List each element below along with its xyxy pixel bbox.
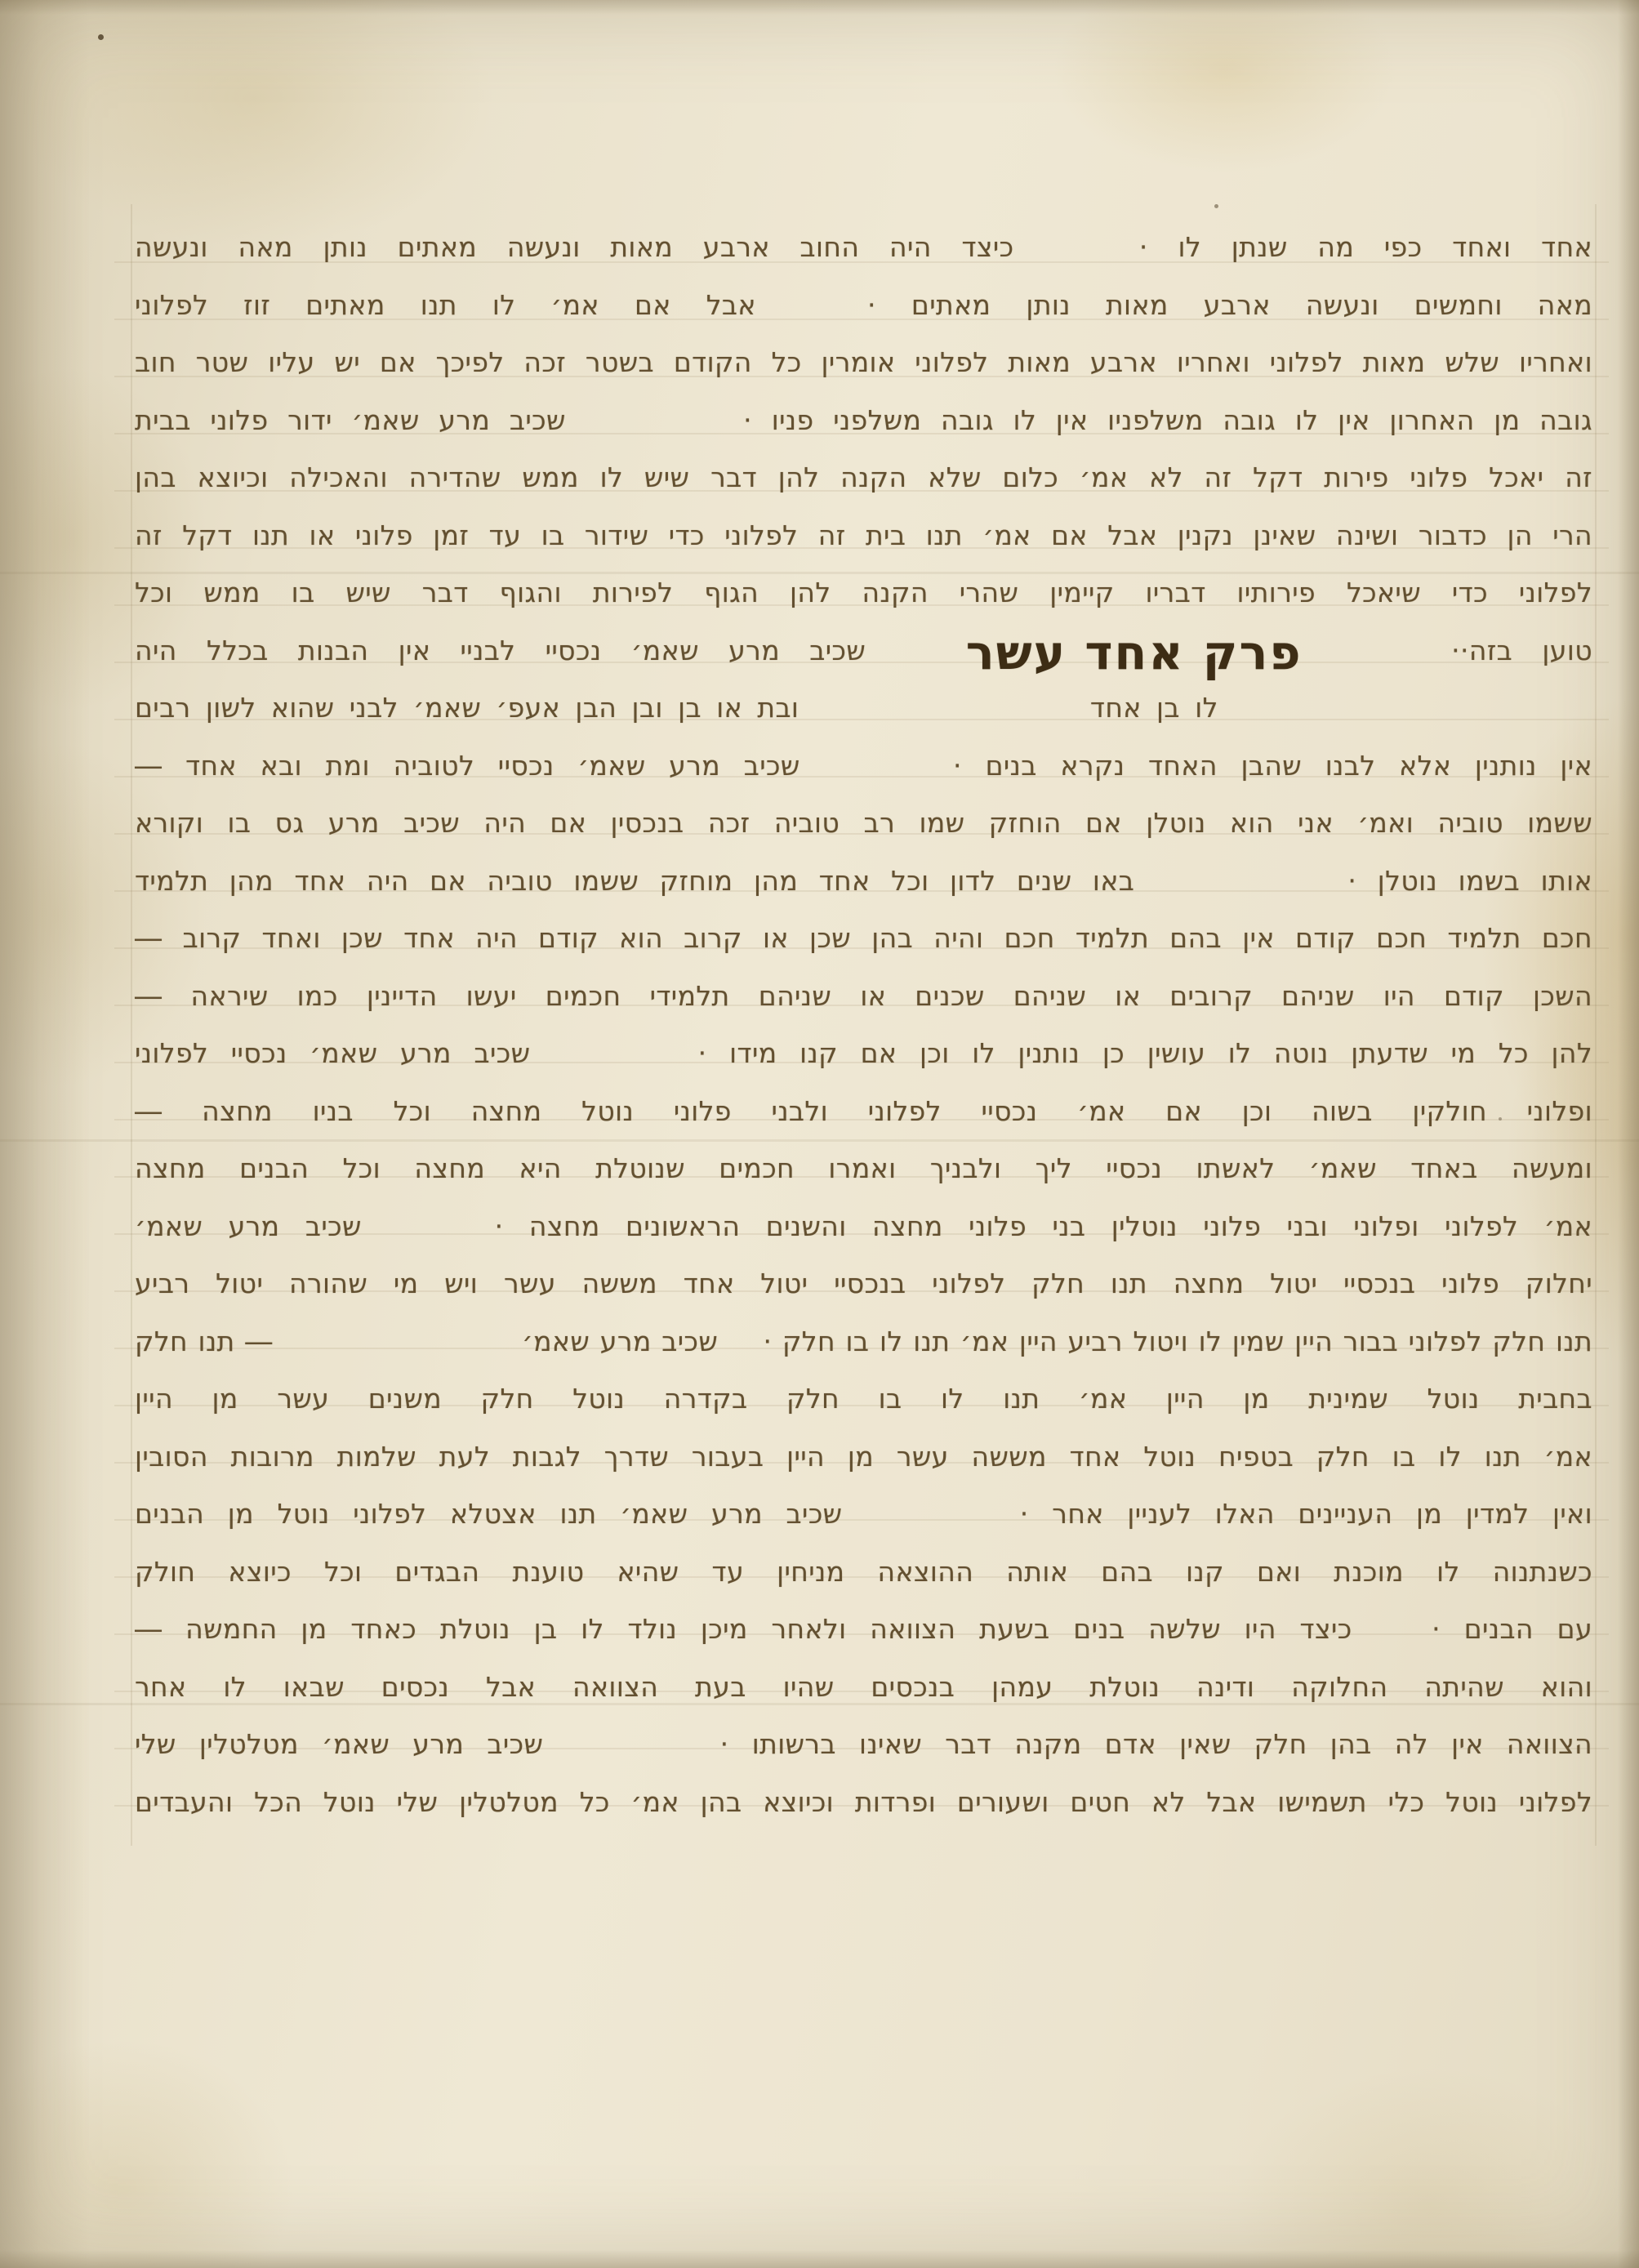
text-segment: לו בן אחד <box>1090 692 1218 724</box>
manuscript-line-2: מאה וחמשים ונעשה ארבע מאות נותן מאתים · … <box>135 277 1592 335</box>
manuscript-line-25: עם הבנים · כיצד היו שלשה בנים בשעת הצווא… <box>135 1601 1592 1659</box>
piska-gap <box>1332 659 1422 660</box>
text-segment: והוא שהיתה החלוקה ודינה נוטלת עמהן בנכסי… <box>135 1671 1592 1703</box>
piska-gap <box>566 1753 697 1753</box>
manuscript-line-27: הצוואה אין לה בהן חלק שאין אדם מקנה דבר … <box>135 1716 1592 1774</box>
text-segment: שכיב מרע שאמ׳ נכסיי לטוביה ומת ובא אחד ― <box>135 750 800 782</box>
text-segment: הרי הן כדבור ושינה שאינן נקנין אבל אם אמ… <box>135 519 1592 551</box>
text-segment: ששמו טוביה ואמ׳ אני הוא נוטלן אם הוחזק ש… <box>135 807 1592 839</box>
manuscript-line-1: אחד ואחד כפי מה שנתן לו · כיצד היה החוב … <box>135 219 1592 277</box>
manuscript-line-14: השכן קודם היו שניהם קרובים או שניהם שכני… <box>135 968 1592 1026</box>
piska-gap <box>814 716 1076 717</box>
text-segment: זה יאכל פלוני פירות דקל זה לא אמ׳ כלום ש… <box>135 461 1592 493</box>
piska-gap <box>866 1522 996 1523</box>
manuscript-line-13: חכם תלמיד חכם קודם אין בהם תלמיד חכם והי… <box>135 910 1592 968</box>
manuscript-line-24: כשנתנוה לו מוכנת ואם קנו בהם אותה ההוצאה… <box>135 1544 1592 1602</box>
margin-guide-right <box>1595 204 1597 1846</box>
margin-guide-left <box>131 204 132 1846</box>
piska-gap <box>1233 716 1592 717</box>
text-segment: אין נותנין אלא לבנו שהבן האחד נקרא בנים … <box>953 750 1592 782</box>
piska-gap <box>728 1350 753 1351</box>
text-segment: אותו בשמו נוטלן · <box>1347 865 1592 897</box>
text-segment: כיצד היו שלשה בנים בשעת הצוואה ולאחר מיכ… <box>135 1613 1352 1645</box>
manuscript-line-8: טוען בזה·· פרק אחד עשר שכיב מרע שאמ׳ נכס… <box>135 622 1592 680</box>
text-segment: שכיב מרע שאמ׳ תנו אצטלא לפלוני נוטל מן ה… <box>135 1498 842 1530</box>
manuscript-line-22: אמ׳ תנו לו בו חלק בטפיח נוטל אחד מששה עש… <box>135 1428 1592 1486</box>
text-segment: שכיב מרע שאמ׳ מטלטלין שלי <box>135 1728 543 1760</box>
piska-gap <box>585 429 724 430</box>
text-segment: לפלוני כדי שיאכל פירותיו דבריו קיימין שה… <box>135 577 1592 608</box>
text-segment: עם הבנים · <box>1432 1613 1592 1645</box>
manuscript-line-18: אמ׳ לפלוני ופלוני ובני פלוני נוטלין בני … <box>135 1198 1592 1256</box>
text-segment: הצוואה אין לה בהן חלק שאין אדם מקנה דבר … <box>720 1728 1592 1760</box>
text-segment: שכיב מרע שאמ׳ נכסיי לפלוני <box>135 1037 530 1069</box>
manuscript-line-10: אין נותנין אלא לבנו שהבן האחד נקרא בנים … <box>135 737 1592 795</box>
page-edge-shadow-right <box>1618 0 1639 2268</box>
text-segment: שכיב מרע שאמ׳ ידור פלוני בבית <box>135 404 566 436</box>
piska-gap <box>1156 889 1327 890</box>
piska-gap <box>1375 1638 1408 1638</box>
manuscript-line-7: לפלוני כדי שיאכל פירותיו דבריו קיימין שה… <box>135 564 1592 622</box>
text-segment: תנו חלק לפלוני בבור היין שמין לו ויטול ר… <box>763 1326 1592 1357</box>
text-segment: ומעשה באחד שאמ׳ לאשתו נכסיי ליך ולבניך ו… <box>135 1152 1592 1184</box>
text-segment: כשנתנוה לו מוכנת ואם קנו בהם אותה ההוצאה… <box>135 1556 1592 1588</box>
text-block: אחד ואחד כפי מה שנתן לו · כיצד היה החוב … <box>135 219 1592 1831</box>
manuscript-line-20: תנו חלק לפלוני בבור היין שמין לו ויטול ר… <box>135 1313 1592 1371</box>
text-segment: טוען בזה·· <box>1451 635 1592 666</box>
piska-gap <box>823 774 929 775</box>
piska-gap <box>387 1235 469 1236</box>
ink-speck <box>98 34 104 40</box>
text-segment: ובת או בן ובן הבן אעפ׳ שאמ׳ לבני שהוא לש… <box>135 692 799 724</box>
manuscript-page: אחד ואחד כפי מה שנתן לו · כיצד היה החוב … <box>0 0 1639 2268</box>
text-segment: השכן קודם היו שניהם קרובים או שניהם שכני… <box>135 980 1592 1012</box>
manuscript-line-12: אותו בשמו נוטלן · באו שנים לדון וכל אחד … <box>135 853 1592 911</box>
manuscript-line-5: זה יאכל פלוני פירות דקל זה לא אמ׳ כלום ש… <box>135 449 1592 507</box>
text-segment: אבל אם אמ׳ לו תנו מאתים זוז לפלוני <box>135 289 756 321</box>
text-segment: שכיב מרע שאמ׳ נכסיי לבניי אין הבנות בכלל… <box>135 635 866 666</box>
text-segment: חכם תלמיד חכם קודם אין בהם תלמיד חכם והי… <box>135 922 1592 954</box>
manuscript-line-16: ופלוני חולקין בשוה וכן אם אמ׳ נכסיי לפלו… <box>135 1083 1592 1141</box>
ink-speck <box>1214 204 1218 208</box>
text-segment: אמ׳ לפלוני ופלוני ובני פלוני נוטלין בני … <box>495 1210 1592 1242</box>
manuscript-line-19: יחלוק פלוני בנכסיי יטול מחצה תנו חלק לפל… <box>135 1255 1592 1313</box>
manuscript-line-6: הרי הן כדבור ושינה שאינן נקנין אבל אם אמ… <box>135 507 1592 565</box>
manuscript-line-28: לפלוני נוטל כלי תשמישו אבל לא חטים ושעור… <box>135 1774 1592 1832</box>
text-segment: שכיב מרע שאמ׳ <box>522 1326 718 1357</box>
piska-gap <box>1044 256 1109 256</box>
page-gutter-crease <box>0 0 90 2268</box>
manuscript-line-4: גובה מן האחרון אין לו גובה משלפניו אין ל… <box>135 392 1592 450</box>
text-segment: באו שנים לדון וכל אחד מהן מוחזק ששמו טוב… <box>135 865 1134 897</box>
manuscript-line-17: ומעשה באחד שאמ׳ לאשתו נכסיי ליך ולבניך ו… <box>135 1140 1592 1198</box>
text-segment: גובה מן האחרון אין לו גובה משלפניו אין ל… <box>743 404 1592 436</box>
text-segment: אחד ואחד כפי מה שנתן לו · <box>1139 231 1592 263</box>
manuscript-line-3: ואחריו שלש מאות לפלוני ואחריו ארבע מאות … <box>135 334 1592 392</box>
manuscript-line-11: ששמו טוביה ואמ׳ אני הוא נוטלן אם הוחזק ש… <box>135 795 1592 853</box>
text-segment: כיצד היה החוב ארבע מאות ונעשה מאתים נותן… <box>135 231 1013 263</box>
text-segment: אמ׳ תנו לו בו חלק בטפיח נוטל אחד מששה עש… <box>135 1441 1592 1473</box>
manuscript-line-21: בחבית נוטל שמינית מן היין אמ׳ תנו לו בו … <box>135 1370 1592 1428</box>
text-segment: ― תנו חלק <box>135 1326 273 1357</box>
text-segment: בחבית נוטל שמינית מן היין אמ׳ תנו לו בו … <box>135 1383 1592 1415</box>
text-segment: ואין למדין מן העניינים האלו לעניין אחר · <box>1020 1498 1592 1530</box>
text-segment: שכיב מרע שאמ׳ <box>135 1210 362 1242</box>
piska-gap <box>895 659 936 660</box>
manuscript-line-15: להן כל מי שדעתן נוטה לו עושין כן נותנין … <box>135 1025 1592 1083</box>
text-segment: ואחריו שלש מאות לפלוני ואחריו ארבע מאות … <box>135 346 1592 378</box>
text-segment: ופלוני חולקין בשוה וכן אם אמ׳ נכסיי לפלו… <box>135 1095 1592 1127</box>
manuscript-line-26: והוא שהיתה החלוקה ודינה נוטלת עמהן בנכסי… <box>135 1659 1592 1717</box>
piska-gap <box>283 1350 511 1351</box>
manuscript-line-9: לו בן אחד ובת או בן ובן הבן אעפ׳ שאמ׳ לב… <box>135 680 1592 737</box>
text-segment: להן כל מי שדעתן נוטה לו עושין כן נותנין … <box>698 1037 1592 1069</box>
text-segment: לפלוני נוטל כלי תשמישו אבל לא חטים ושעור… <box>135 1786 1592 1818</box>
piska-gap <box>791 314 832 314</box>
manuscript-line-23: ואין למדין מן העניינים האלו לעניין אחר ·… <box>135 1486 1592 1544</box>
text-segment: יחלוק פלוני בנכסיי יטול מחצה תנו חלק לפל… <box>135 1268 1592 1299</box>
page-edge-shadow-top <box>0 0 1639 15</box>
piska-gap <box>553 1062 675 1063</box>
page-edge-shadow-bottom <box>0 2250 1639 2268</box>
text-segment: מאה וחמשים ונעשה ארבע מאות נותן מאתים · <box>867 289 1592 321</box>
chapter-heading: פרק אחד עשר <box>966 622 1303 680</box>
